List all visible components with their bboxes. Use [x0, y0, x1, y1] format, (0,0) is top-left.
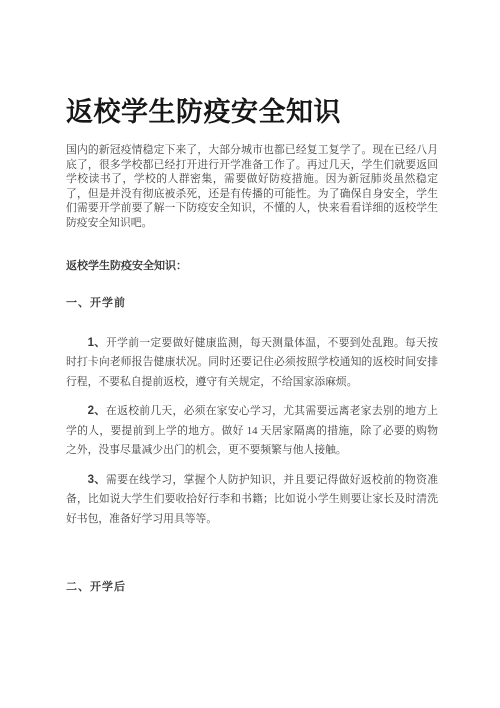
section-heading-before-school-opens: 一、开学前: [66, 296, 438, 311]
intro-paragraph: 国内的新冠疫情稳定下来了，大部分城市也都已经复工复学了。现在已经八月底了，很多学…: [66, 143, 438, 231]
list-item-3: 3、需要在线学习，掌握个人防护知识，并且要记得做好返校前的物资准备，比如说大学生…: [66, 471, 438, 530]
item-number-2: 2、: [88, 405, 106, 417]
document-page: 返校学生防疫安全知识 国内的新冠疫情稳定下来了，大部分城市也都已经复工复学了。现…: [0, 0, 500, 708]
item-text-2: 在返校前几天，必须在家安心学习，尤其需要远离老家去别的地方上学的人，要提前到上学…: [66, 405, 438, 456]
page-title: 返校学生防疫安全知识: [66, 95, 438, 129]
document-content: 返校学生防疫安全知识 国内的新冠疫情稳定下来了，大部分城市也都已经复工复学了。现…: [66, 95, 438, 595]
item-text-3: 需要在线学习，掌握个人防护知识，并且要记得做好返校前的物资准备，比如说大学生们要…: [66, 474, 438, 525]
document-subtitle: 返校学生防疫安全知识：: [66, 259, 438, 274]
list-item-1: 1、开学前一定要做好健康监测，每天测量体温，不要到处乱跑。每天按时打卡向老师报告…: [66, 334, 438, 393]
item-number-3: 3、: [88, 474, 106, 486]
section-heading-after-school-opens: 二、开学后: [66, 580, 438, 595]
item-number-1: 1、: [88, 337, 106, 349]
list-item-2: 2、在返校前几天，必须在家安心学习，尤其需要远离老家去别的地方上学的人，要提前到…: [66, 402, 438, 461]
item-text-1: 开学前一定要做好健康监测，每天测量体温，不要到处乱跑。每天按时打卡向老师报告健康…: [66, 337, 438, 388]
